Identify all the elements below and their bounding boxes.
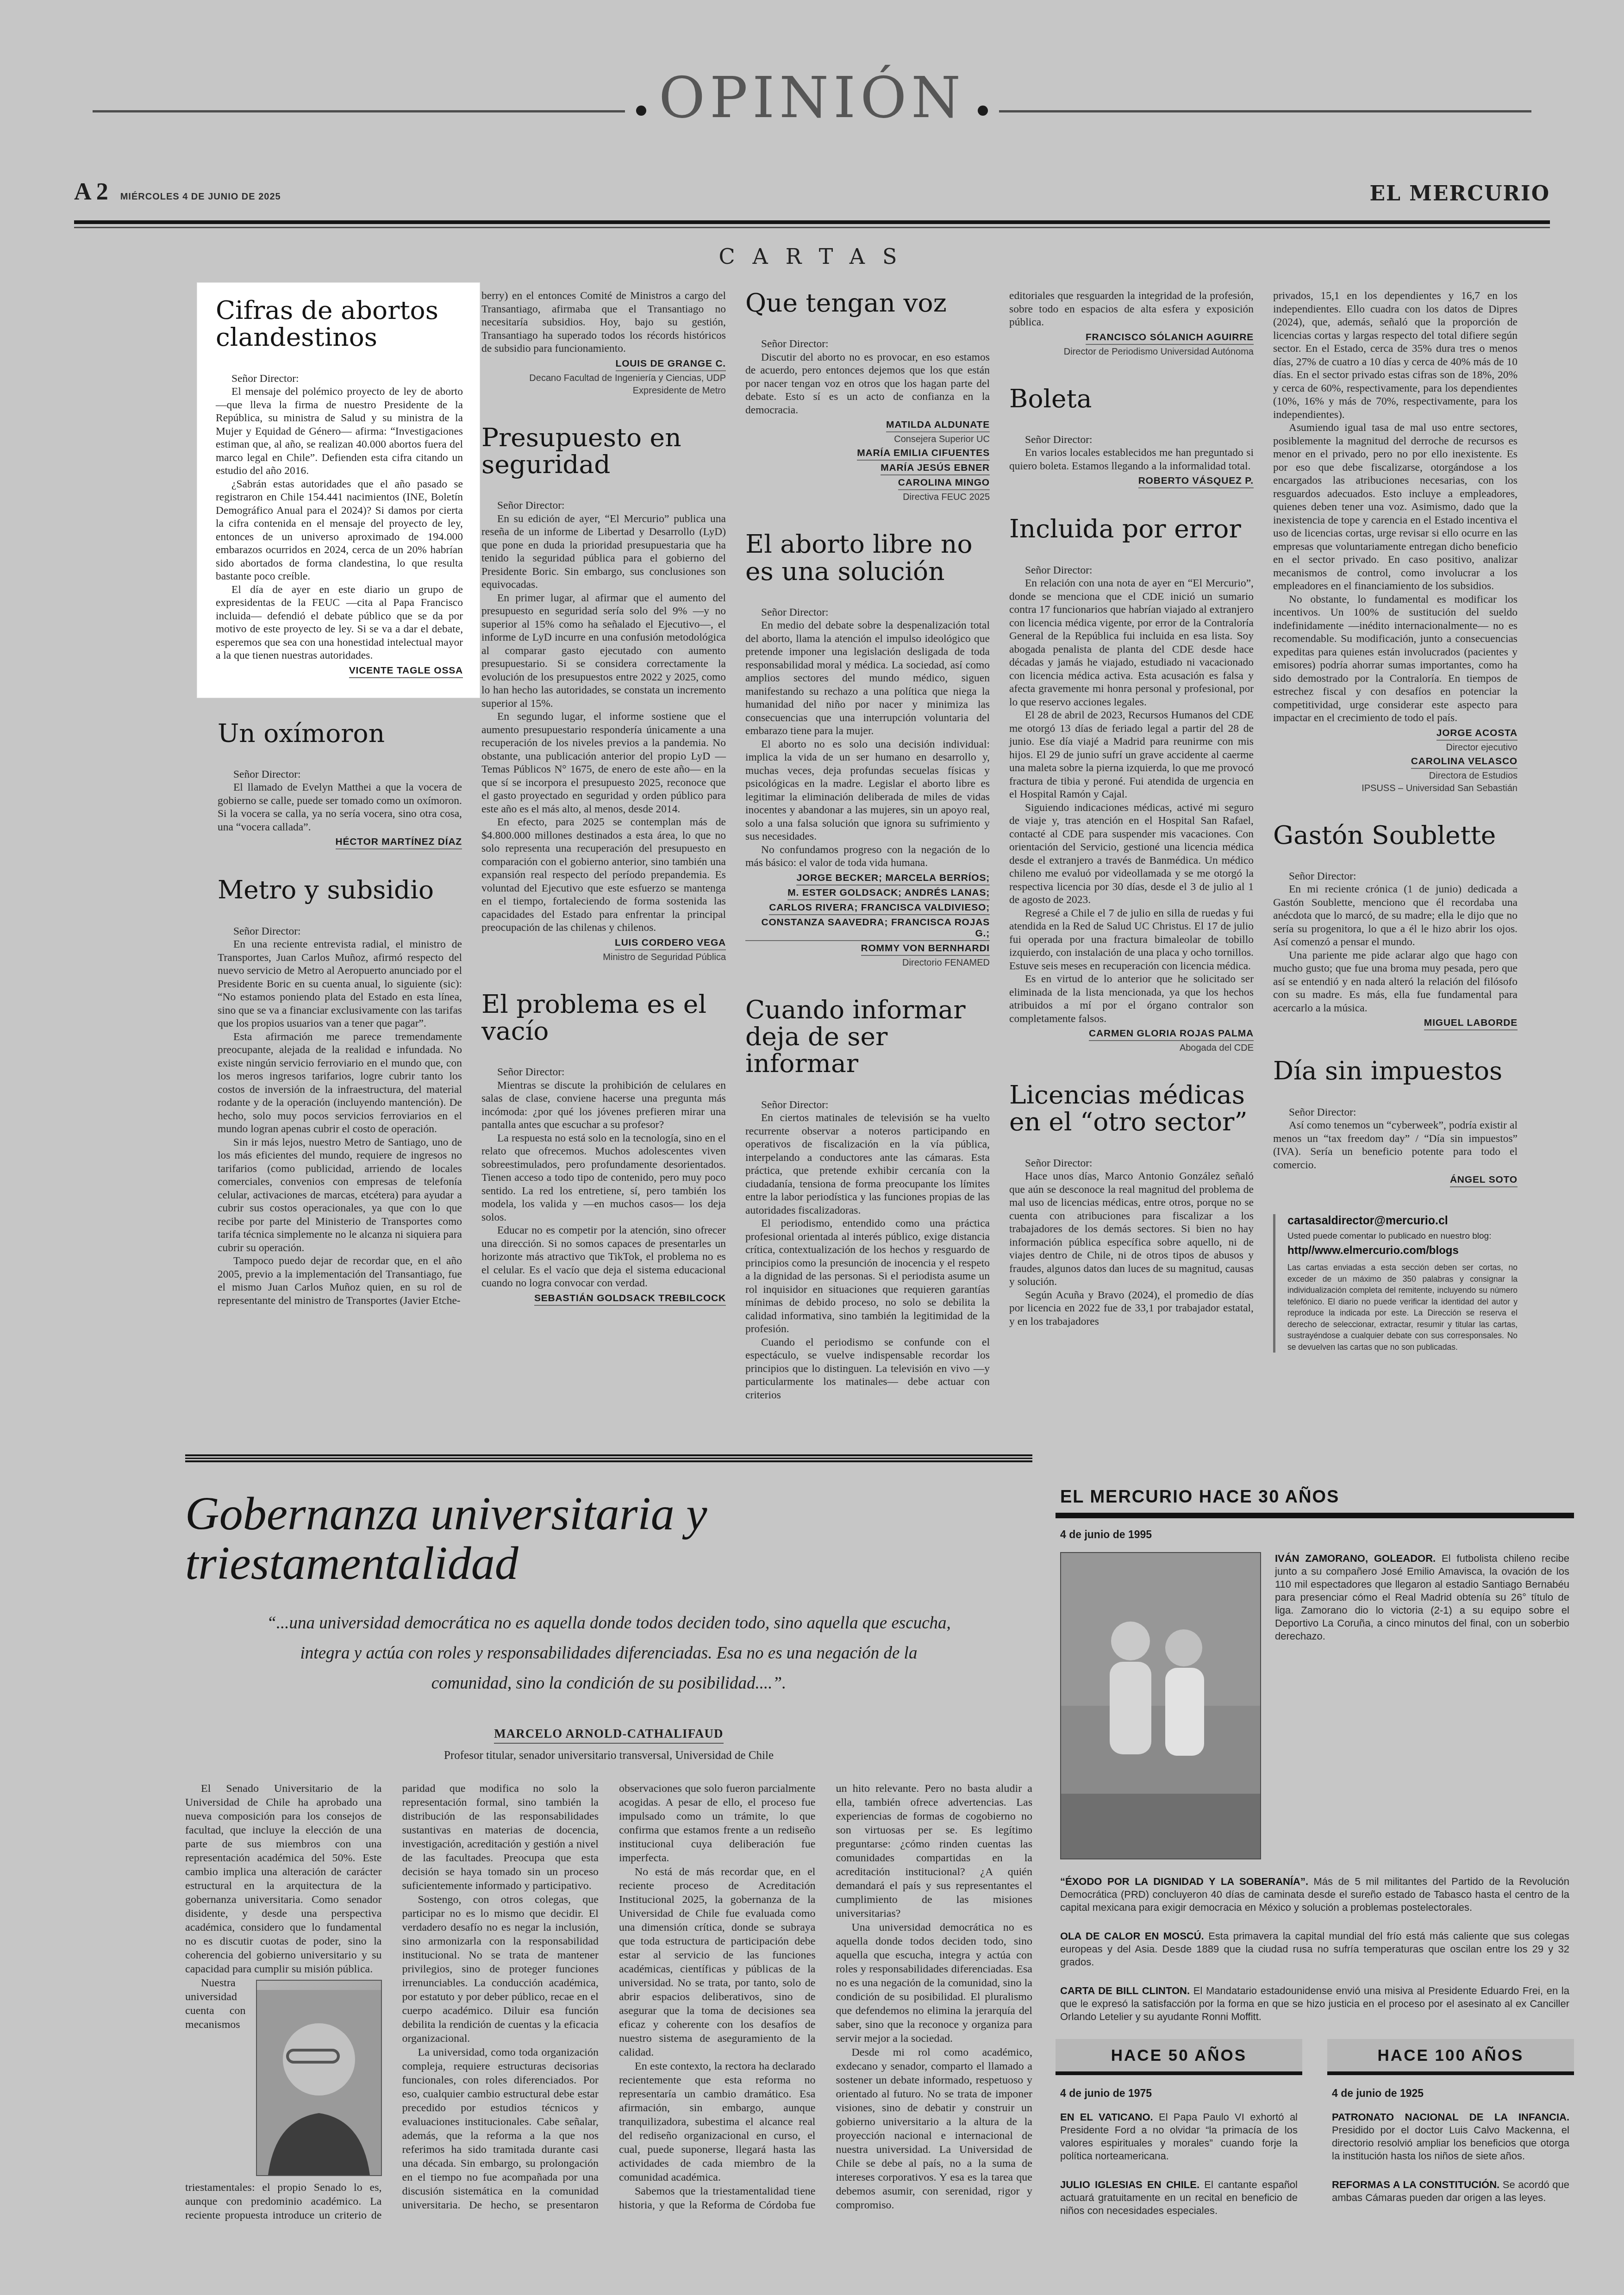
opinion-article: Gobernanza universitaria y triestamental… [185,1481,1032,2222]
history-item-lead: OLA DE CALOR EN MOSCÚ. [1060,1930,1208,1942]
letter-signatures: LUIS CORDERO VEGAMinistro de Seguridad P… [481,937,726,964]
article-byline: MARCELO ARNOLD-CATHALIFAUD Profesor titu… [185,1727,1032,1764]
article-pull-quote: “...una universidad democrática no es aq… [262,1609,956,1698]
letter-paragraph: Una pariente me pide aclarar algo que ha… [1273,949,1518,1015]
article-title: Gobernanza universitaria y triestamental… [185,1489,1032,1588]
mailbox-email: cartasaldirector@mercurio.cl [1287,1214,1518,1228]
history-photo-row: IVÁN ZAMORANO, GOLEADOR. El futbolista c… [1060,1552,1569,1859]
letter-signatures: VICENTE TAGLE OSSA [216,665,463,678]
hace-100-header: HACE 100 AÑOS [1327,2039,1574,2075]
author-photo [256,1980,382,2176]
letter-signatures: JORGE ACOSTADirector ejecutivoCAROLINA V… [1273,728,1518,795]
letter-paragraph: Esta afirmación me parece tremendamente … [218,1030,462,1136]
letter-paragraph: En su edición de ayer, “El Mercurio” pub… [481,512,726,592]
history-item: “ÉXODO POR LA DIGNIDAD Y LA SOBERANÍA”. … [1060,1875,1569,1914]
letter-title: Cuando informar deja de ser informar [745,996,990,1077]
signature-name: ÁNGEL SOTO [1450,1174,1518,1187]
newspaper-page: OPINIÓN A 2 MIÉRCOLES 4 DE JUNIO DE 2025… [0,0,1624,2295]
letter: Día sin impuestosSeñor Director:Así como… [1273,1057,1518,1187]
letter-paragraph: Señor Director: [481,1066,726,1079]
history-item-lead: REFORMAS A LA CONSTITUCIÓN. [1332,2179,1503,2190]
hace-30-date: 4 de junio de 1995 [1060,1528,1574,1541]
hace-100-date: 4 de junio de 1925 [1332,2087,1574,2100]
history-item-lead: IVÁN ZAMORANO, GOLEADOR. [1275,1553,1442,1564]
masthead-left: A 2 MIÉRCOLES 4 DE JUNIO DE 2025 [74,178,281,206]
masthead-double-rule [74,220,1550,228]
letter-paragraph: Es en virtud de lo anterior que he solic… [1009,973,1254,1025]
letter-paragraph: Señor Director: [745,1098,990,1112]
letter-title: El problema es el vacío [481,991,726,1045]
letters-column-5: privados, 15,1 en los dependientes y 16,… [1273,289,1518,1428]
letter-paragraph: En efecto, para 2025 se contemplan más d… [481,816,726,935]
signature-name: ROBERTO VÁSQUEZ P. [1138,475,1254,488]
letters-column-4: editoriales que resguarden la integridad… [1009,289,1254,1428]
letter-paragraph: Sin ir más lejos, nuestro Metro de Santi… [218,1136,462,1255]
letter-paragraph: Señor Director: [1273,1106,1518,1119]
letter-paragraph: En segundo lugar, el informe sostiene qu… [481,710,726,816]
letters-section: Cifras de abortos clandestinosSeñor Dire… [218,289,1518,1428]
letter-signatures: HÉCTOR MARTÍNEZ DÍAZ [218,836,462,849]
letter-title: Incluida por error [1009,515,1254,542]
masthead-dot-right [978,106,988,116]
signature-role: Director de Periodismo Universidad Autón… [1009,346,1254,358]
history-item-lead: PATRONATO NACIONAL DE LA INFANCIA. [1332,2111,1569,2123]
letter: Que tengan vozSeñor Director:Discutir de… [745,289,990,504]
masthead-dot-left [636,106,646,116]
letter-signatures: MATILDA ALDUNATEConsejera Superior UCMAR… [745,419,990,504]
history-sidebar: EL MERCURIO HACE 30 AÑOS 4 de junio de 1… [1056,1481,1574,2233]
letter-title: Cifras de abortos clandestinos [216,297,463,351]
signature-role: Abogada del CDE [1009,1042,1254,1054]
letter-paragraph: El día de ayer en este diario un grupo d… [216,583,463,662]
letter: Presupuesto en seguridadSeñor Director:E… [481,424,726,964]
signature-name: CONSTANZA SAAVEDRA; FRANCISCA ROJAS G.; [745,917,990,941]
letter-title: Que tengan voz [745,289,990,316]
letter: berry) en el entonces Comité de Ministro… [481,289,726,397]
letter-paragraph: Según Acuña y Bravo (2024), el promedio … [1009,1289,1254,1328]
signature-role: Directiva FEUC 2025 [745,491,990,504]
signature-role: Decano Facultad de Ingeniería y Ciencias… [481,372,726,385]
signature-name: MATILDA ALDUNATE [886,419,990,432]
signature-name: MIGUEL LABORDE [1424,1017,1518,1030]
signature-role: Expresidente de Metro [481,385,726,397]
mailbox-blog-url: http//www.elmercurio.com/blogs [1287,1244,1518,1257]
history-item: EN EL VATICANO. El Papa Paulo VI exhortó… [1060,2111,1298,2163]
letter-title: Boleta [1009,385,1254,412]
history-item-lead: JULIO IGLESIAS EN CHILE. [1060,2179,1204,2190]
letter-paragraph: En ciertos matinales de televisión se ha… [745,1111,990,1217]
signature-role: IPSUSS – Universidad San Sebastián [1273,782,1518,795]
mailbox-fine-print: Las cartas enviadas a esta sección deben… [1287,1262,1518,1353]
letter-paragraph: En mi reciente crónica (1 de junio) dedi… [1273,883,1518,949]
page-number: A 2 [74,178,108,206]
letter: El problema es el vacíoSeñor Director:Mi… [481,991,726,1306]
letter: Licencias médicas en el “otro sector”Señ… [1009,1081,1254,1328]
history-item: PATRONATO NACIONAL DE LA INFANCIA. Presi… [1332,2111,1569,2163]
history-item: IVÁN ZAMORANO, GOLEADOR. El futbolista c… [1275,1552,1569,1859]
signature-name: JORGE ACOSTA [1437,728,1518,741]
letter: Metro y subsidioSeñor Director:En una re… [218,876,462,1307]
letter-paragraph: No obstante, lo fundamental es modificar… [1273,593,1518,725]
letter-title: Metro y subsidio [218,876,462,903]
hace-50-date: 4 de junio de 1975 [1060,2087,1302,2100]
letter-paragraph: El mensaje del polémico proyecto de ley … [216,385,463,478]
article-paragraph: No está de más recordar que, en el recie… [619,1865,816,2059]
letter-paragraph: Señor Director: [745,606,990,619]
letter-paragraph: Siguiendo indicaciones médicas, activé m… [1009,801,1254,907]
letter-paragraph: privados, 15,1 en los dependientes y 16,… [1273,289,1518,421]
signature-name: M. ESTER GOLDSACK; ANDRÉS LANAS; [787,887,990,900]
history-item-lead: “ÉXODO POR LA DIGNIDAD Y LA SOBERANÍA”. [1060,1876,1314,1887]
signature-name: CAROLINA VELASCO [1411,756,1518,769]
letter: privados, 15,1 en los dependientes y 16,… [1273,289,1518,795]
signature-name: CAROLINA MINGO [898,477,990,490]
letter-title: Gastón Soublette [1273,822,1518,848]
signature-role: Directorio FENAMED [745,957,990,969]
letter-signatures: ROBERTO VÁSQUEZ P. [1009,475,1254,488]
hace-100-box: HACE 100 AÑOS 4 de junio de 1925 PATRONA… [1327,2039,1574,2233]
letter-paragraph: El llamado de Evelyn Matthei a que la vo… [218,781,462,834]
subsection-title: CARTAS [9,244,1624,269]
letter: Gastón SoubletteSeñor Director:En mi rec… [1273,822,1518,1031]
letter-paragraph: ¿Sabrán estas autoridades que el año pas… [216,478,463,583]
letter-paragraph: Señor Director: [1273,870,1518,883]
letter-signatures: LOUIS DE GRANGE C.Decano Facultad de Ing… [481,358,726,397]
letter-paragraph: Señor Director: [218,768,462,781]
article-author: MARCELO ARNOLD-CATHALIFAUD [494,1727,723,1744]
hace-100-items: PATRONATO NACIONAL DE LA INFANCIA. Presi… [1327,2111,1574,2204]
article-paragraph: Desde mi rol como académico, exdecano y … [836,2046,1033,2212]
signature-role: Directora de Estudios [1273,770,1518,782]
history-item: CARTA DE BILL CLINTON. El Mandatario est… [1060,1984,1569,2023]
letter-paragraph: El 28 de abril de 2023, Recursos Humanos… [1009,709,1254,801]
letter-paragraph: Señor Director: [1009,564,1254,577]
hace-30-header: EL MERCURIO HACE 30 AÑOS [1056,1481,1574,1518]
signature-name: LUIS CORDERO VEGA [615,937,726,950]
letter-paragraph: En medio del debate sobre la despenaliza… [745,619,990,738]
history-item: OLA DE CALOR EN MOSCÚ. Esta primavera la… [1060,1930,1569,1969]
letter-paragraph: Hace unos días, Marco Antonio González s… [1009,1170,1254,1289]
letter: editoriales que resguarden la integridad… [1009,289,1254,358]
letter-signatures: JORGE BECKER; MARCELA BERRÍOS;M. ESTER G… [745,873,990,969]
letter-signatures: CARMEN GLORIA ROJAS PALMAAbogada del CDE [1009,1028,1254,1054]
letters-column-2: berry) en el entonces Comité de Ministro… [481,289,726,1428]
signature-name: SEBASTIÁN GOLDSACK TREBILCOCK [534,1293,726,1306]
letter-paragraph: Discutir del aborto no es provocar, en e… [745,351,990,417]
hace-50-box: HACE 50 AÑOS 4 de junio de 1975 EN EL VA… [1056,2039,1302,2233]
author-portrait-illustration [257,1990,381,2175]
letters-column-3: Que tengan vozSeñor Director:Discutir de… [745,289,990,1428]
history-item-lead: EN EL VATICANO. [1060,2111,1159,2123]
letter-paragraph: En varios locales establecidos me han pr… [1009,446,1254,473]
signature-role: Consejera Superior UC [745,433,990,446]
letter: BoletaSeñor Director:En varios locales e… [1009,385,1254,489]
signature-name: JORGE BECKER; MARCELA BERRÍOS; [796,873,990,886]
letter-title: Un oxímoron [218,720,462,747]
football-photo-illustration [1061,1553,1260,1858]
article-paragraph: En este contexto, la rectora ha declarad… [619,2059,816,2184]
article-paragraph: El Senado Universitario de la Universida… [185,1782,382,1976]
hace-30-items: IVÁN ZAMORANO, GOLEADOR. El futbolista c… [1056,1552,1574,2023]
history-mini-boxes: HACE 50 AÑOS 4 de junio de 1975 EN EL VA… [1056,2039,1574,2233]
letter-signatures: FRANCISCO SÓLANICH AGUIRREDirector de Pe… [1009,332,1254,358]
hace-50-items: EN EL VATICANO. El Papa Paulo VI exhortó… [1056,2111,1302,2217]
hace-50-header: HACE 50 AÑOS [1056,2039,1302,2075]
letter-paragraph: Tampoco puedo dejar de recordar que, en … [218,1254,462,1307]
signature-name: MARÍA JESÚS EBNER [881,462,990,475]
letter-paragraph: El periodismo, entendido como una prácti… [745,1217,990,1336]
letters-column-1: Cifras de abortos clandestinosSeñor Dire… [218,289,462,1428]
signature-name: CARLOS RIVERA; FRANCISCA VALDIVIESO; [769,902,990,915]
letter: Cifras de abortos clandestinosSeñor Dire… [197,283,480,698]
letter-paragraph: La respuesta no está solo en la tecnolog… [481,1132,726,1224]
article-divider-rule [185,1454,1032,1462]
newspaper-brand: EL MERCURIO [1370,182,1550,206]
letter-paragraph: Señor Director: [1009,1157,1254,1170]
signature-name: HÉCTOR MARTÍNEZ DÍAZ [336,836,462,849]
section-title: OPINIÓN [659,69,965,126]
letter-paragraph: Señor Director: [218,925,462,938]
letter-paragraph: En primer lugar, al afirmar que el aumen… [481,592,726,711]
letter-paragraph: En relación con una nota de ayer en “El … [1009,577,1254,709]
letter-paragraph: Señor Director: [481,499,726,512]
article-body: El Senado Universitario de la Universida… [185,1782,1032,2222]
signature-name: ROMMY VON BERNHARDI [861,943,990,956]
letters-mailbox: cartasaldirector@mercurio.clUsted puede … [1273,1214,1518,1353]
letter-paragraph: Educar no es competir por la atención, s… [481,1224,726,1290]
letter-paragraph: El aborto no es solo una decisión indivi… [745,738,990,843]
letter-signatures: MIGUEL LABORDE [1273,1017,1518,1030]
signature-name: LOUIS DE GRANGE C. [616,358,726,371]
letter-paragraph: Así como tenemos un “cyberweek”, podría … [1273,1119,1518,1172]
article-paragraph: Una universidad democrática no es aquell… [836,1921,1033,2046]
letter-paragraph: Mientras se discute la prohibición de ce… [481,1079,726,1132]
article-paragraph: Sostengo, con otros colegas, que partici… [402,1893,599,2046]
letter-paragraph: En una reciente entrevista radial, el mi… [218,938,462,1030]
letter-paragraph: Asumiendo igual tasa de mal uso entre se… [1273,421,1518,593]
signature-name: MARÍA EMILIA CIFUENTES [857,448,990,461]
letter: El aborto libre no es una soluciónSeñor … [745,530,990,969]
bottom-section: Gobernanza universitaria y triestamental… [185,1481,1574,2233]
history-item: REFORMAS A LA CONSTITUCIÓN. Se acordó qu… [1332,2178,1569,2204]
letter: Cuando informar deja de ser informarSeño… [745,996,990,1402]
mailbox-blog-line: Usted puede comentar lo publicado en nue… [1287,1231,1518,1241]
signature-role: Ministro de Seguridad Pública [481,951,726,964]
letter-title: Presupuesto en seguridad [481,424,726,478]
letter-paragraph: berry) en el entonces Comité de Ministro… [481,289,726,355]
letter-signatures: ÁNGEL SOTO [1273,1174,1518,1187]
edition-date: MIÉRCOLES 4 DE JUNIO DE 2025 [120,192,281,202]
letter-signatures: SEBASTIÁN GOLDSACK TREBILCOCK [481,1293,726,1306]
masthead-rule-left [93,110,625,112]
zamorano-photo [1060,1552,1261,1859]
letter-paragraph: Regresé a Chile el 7 de julio en silla d… [1009,907,1254,973]
masthead-rule-right [999,110,1531,112]
article-author-role: Profesor titular, senador universitario … [433,1748,785,1764]
history-item: JULIO IGLESIAS EN CHILE. El cantante esp… [1060,2178,1298,2217]
signature-name: FRANCISCO SÓLANICH AGUIRRE [1086,332,1254,345]
letter-paragraph: Cuando el periodismo se confunde con el … [745,1336,990,1402]
letter: Un oxímoronSeñor Director:El llamado de … [218,720,462,850]
letter: Incluida por errorSeñor Director:En rela… [1009,515,1254,1054]
letter-paragraph: Señor Director: [745,337,990,351]
letter-title: Día sin impuestos [1273,1057,1518,1084]
signature-role: Director ejecutivo [1273,742,1518,754]
signature-name: CARMEN GLORIA ROJAS PALMA [1089,1028,1254,1041]
letter-title: El aborto libre no es una solución [745,530,990,585]
letter-paragraph: Señor Director: [216,372,463,386]
history-item-lead: CARTA DE BILL CLINTON. [1060,1985,1193,1996]
letter-paragraph: No confundamos progreso con la negación … [745,843,990,870]
letter-paragraph: editoriales que resguarden la integridad… [1009,289,1254,329]
letter-paragraph: Señor Director: [1009,433,1254,447]
letter-title: Licencias médicas en el “otro sector” [1009,1081,1254,1135]
masthead: OPINIÓN A 2 MIÉRCOLES 4 DE JUNIO DE 2025… [74,69,1550,208]
signature-name: VICENTE TAGLE OSSA [349,665,463,678]
